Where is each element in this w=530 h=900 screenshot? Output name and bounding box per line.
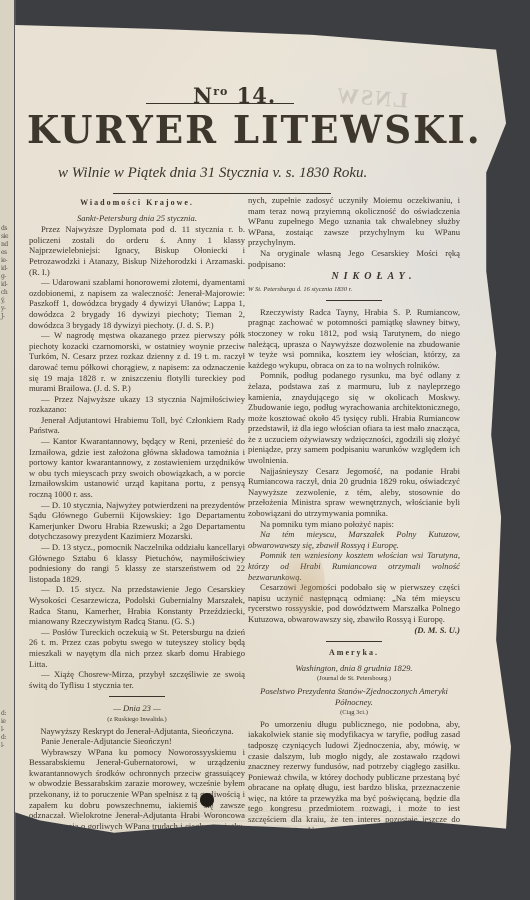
right-column: nych, zupełnie zadosyć uczyniły Moiemu o…: [248, 195, 460, 856]
dateline-petersburg: Sankt-Petersburg dnia 25 stycznia.: [29, 213, 245, 224]
article-paragraph: — Xiążę Chosrew-Mirza, przybył szczęśliw…: [29, 669, 245, 690]
article-paragraph: — W nagrodę męstwa okazanego przez pierw…: [29, 330, 245, 394]
signature: NIKOŁAY.: [288, 272, 460, 283]
article-paragraph: Na oryginale własną Jego Cesarskiey Mośc…: [248, 248, 460, 269]
paper-stain: [285, 545, 325, 625]
article-paragraph: — D. 15 stycz. Na przedstawienie Jego Ce…: [29, 584, 245, 626]
newspaper-title: KURYER LITEWSKI.: [27, 107, 482, 152]
bleed-through-text: [115, 810, 425, 850]
masthead-rule-top: [146, 103, 294, 104]
article-paragraph: Najjaśnieyszy Cesarz Jegomość, na podani…: [248, 466, 460, 519]
article-paragraph: Rzeczywisty Radca Tayny, Hrabia S. P. Ru…: [248, 307, 460, 371]
issue-number: Nro 14.: [193, 83, 276, 108]
source-note: (D. M. S. U.): [248, 625, 460, 636]
separator-rule: [326, 300, 382, 301]
article-paragraph: Na pomniku tym miano położyć napis:: [248, 519, 460, 530]
continuation-note: (Ciąg 3ci.): [248, 708, 460, 719]
article-title: Poselstwo Prezydenta Stanów-Zjednoczonyc…: [248, 686, 460, 707]
masthead-rule-bottom: [113, 193, 331, 194]
adjacent-page-edge: ds sie nd es ie- id- g- id- ch ý, y- J- …: [0, 0, 16, 900]
article-paragraph: — Przez Najwyższe ukazy 13 stycznia Najm…: [29, 394, 245, 415]
section-heading-america: Ameryka.: [248, 648, 460, 659]
article-paragraph: Cesarzowi Jegomości podobało się w pierw…: [248, 582, 460, 624]
place-date: W St. Petersburgu d. 16 stycznia 1830 r.: [248, 286, 460, 294]
article-paragraph: Po umorzeniu długu publicznego, nie podo…: [248, 719, 460, 857]
salutation: Panie Jenerale-Adjutancie Sieończyn!: [29, 736, 245, 747]
left-column: Wiadomości Krajowe. Sankt-Petersburg dni…: [29, 195, 245, 853]
source-note: (z Ruskiego Inwalida.): [29, 715, 245, 726]
separator-rule: [326, 641, 382, 642]
article-paragraph: — Udarowani szablami honorowemi złotemi,…: [29, 277, 245, 330]
section-heading-national-news: Wiadomości Krajowe.: [29, 198, 245, 209]
article-paragraph: Przez Najwyższe Dyplomata pod d. 11 styc…: [29, 224, 245, 277]
rescript-title: Naywyższy Reskrypt do Jenerał-Adjutanta,…: [29, 726, 245, 737]
article-paragraph: — Kantor Kwarantannowy, będący w Reni, p…: [29, 436, 245, 500]
issue-number-value: 14.: [237, 83, 277, 108]
issue-prefix: N: [193, 83, 213, 108]
article-paragraph: — D. 10 stycznia, Najwyżey potwierdzeni …: [29, 500, 245, 542]
article-paragraph: — D. 13 stycz., pomocnik Naczelnika oddz…: [29, 542, 245, 584]
inscription: Pomnik ten wzniesiony kosztem włościan w…: [248, 550, 460, 582]
issue-dateline: w Wilnie w Piątek dnia 31 Stycznia v. s.…: [58, 165, 367, 182]
date-heading: — Dnia 23 —: [29, 703, 245, 714]
source-note: (Journal de St. Petersbourg.): [248, 674, 460, 685]
article-paragraph: — Posłów Tureckich oczekuią w St. Peters…: [29, 627, 245, 669]
issue-sup: ro: [213, 85, 228, 98]
separator-rule: [109, 696, 165, 697]
newspaper-page: LNSW Nro 14. KURYER LITEWSKI. w Wilnie w…: [15, 25, 511, 845]
ink-spot: [200, 793, 214, 807]
dateline-washington: Washington, dnia 8 grudnia 1829.: [248, 663, 460, 674]
article-paragraph: Pomnik, podług podanego rysunku, ma być …: [248, 370, 460, 465]
inscription: Na tém mieyscu, Marszałek Polny Kutuzow,…: [248, 529, 460, 550]
article-paragraph: Jenerał Adjutantowi Hrabiemu Toll, być C…: [29, 415, 245, 436]
article-paragraph: nych, zupełnie zadosyć uczyniły Moiemu o…: [248, 195, 460, 248]
